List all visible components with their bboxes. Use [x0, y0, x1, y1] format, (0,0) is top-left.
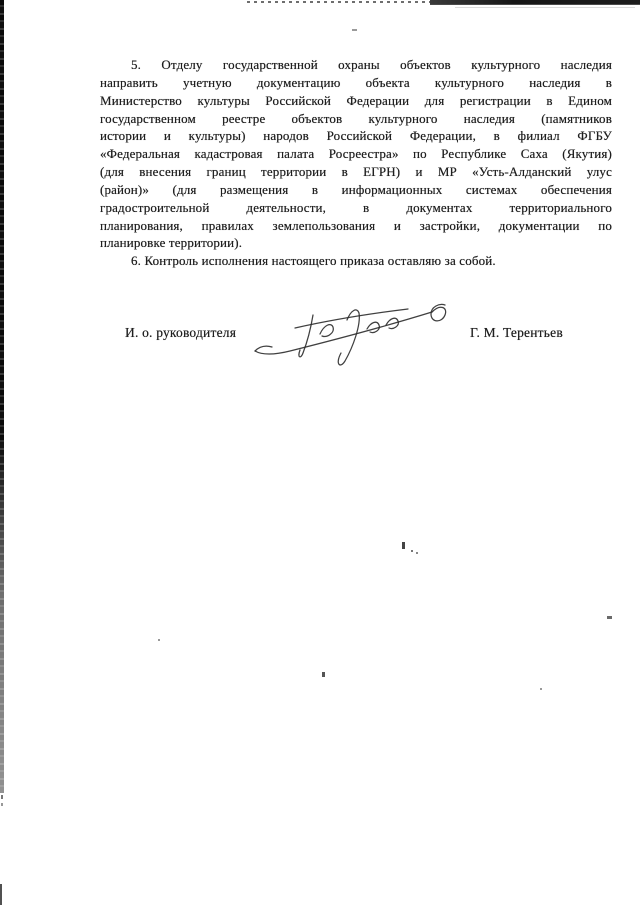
scan-speck [352, 29, 357, 31]
scan-edge-top [455, 7, 635, 8]
text-line: направить учетную документацию объекта к… [100, 74, 612, 92]
scan-edge-left-dash [1, 795, 3, 799]
scan-speck [416, 552, 418, 554]
handwritten-signature [250, 292, 450, 377]
scan-speck [158, 639, 160, 641]
text-line: истории и культуры) народов Российской Ф… [100, 127, 612, 145]
text-line: (для внесения границ территории в ЕГРН) … [100, 163, 612, 181]
text-line: Министерство культуры Российской Федерац… [100, 92, 612, 110]
text-line: «Федеральная кадастровая палата Росреест… [100, 145, 612, 163]
text-line: планирования, правилах землепользования … [100, 217, 612, 235]
scan-edge-left-dash [1, 803, 3, 806]
text-line: градостроительной деятельности, в докуме… [100, 199, 612, 217]
scan-speck [411, 550, 413, 552]
text-line: 6. Контроль исполнения настоящего приказ… [100, 252, 612, 270]
signer-name: Г. М. Терентьев [470, 325, 563, 341]
text-line: (район)» (для размещения в информационны… [100, 181, 612, 199]
scan-speck [540, 688, 542, 690]
signer-role-label: И. о. руководителя [125, 325, 236, 341]
text-line: государственном реестре объектов культур… [100, 110, 612, 128]
scan-speck [402, 542, 405, 549]
scan-edge-top [430, 0, 640, 5]
scan-edge-top [247, 1, 447, 3]
scan-speck [607, 616, 612, 619]
text-line: 5. Отделу государственной охраны объекто… [100, 56, 612, 74]
document-page: 5. Отделу государственной охраны объекто… [0, 0, 640, 905]
scan-edge-left [0, 0, 4, 793]
scan-edge-left-bottom [0, 884, 2, 905]
document-body: 5. Отделу государственной охраны объекто… [100, 56, 612, 270]
text-line: планировке территории). [100, 234, 612, 252]
scan-speck [322, 672, 325, 677]
